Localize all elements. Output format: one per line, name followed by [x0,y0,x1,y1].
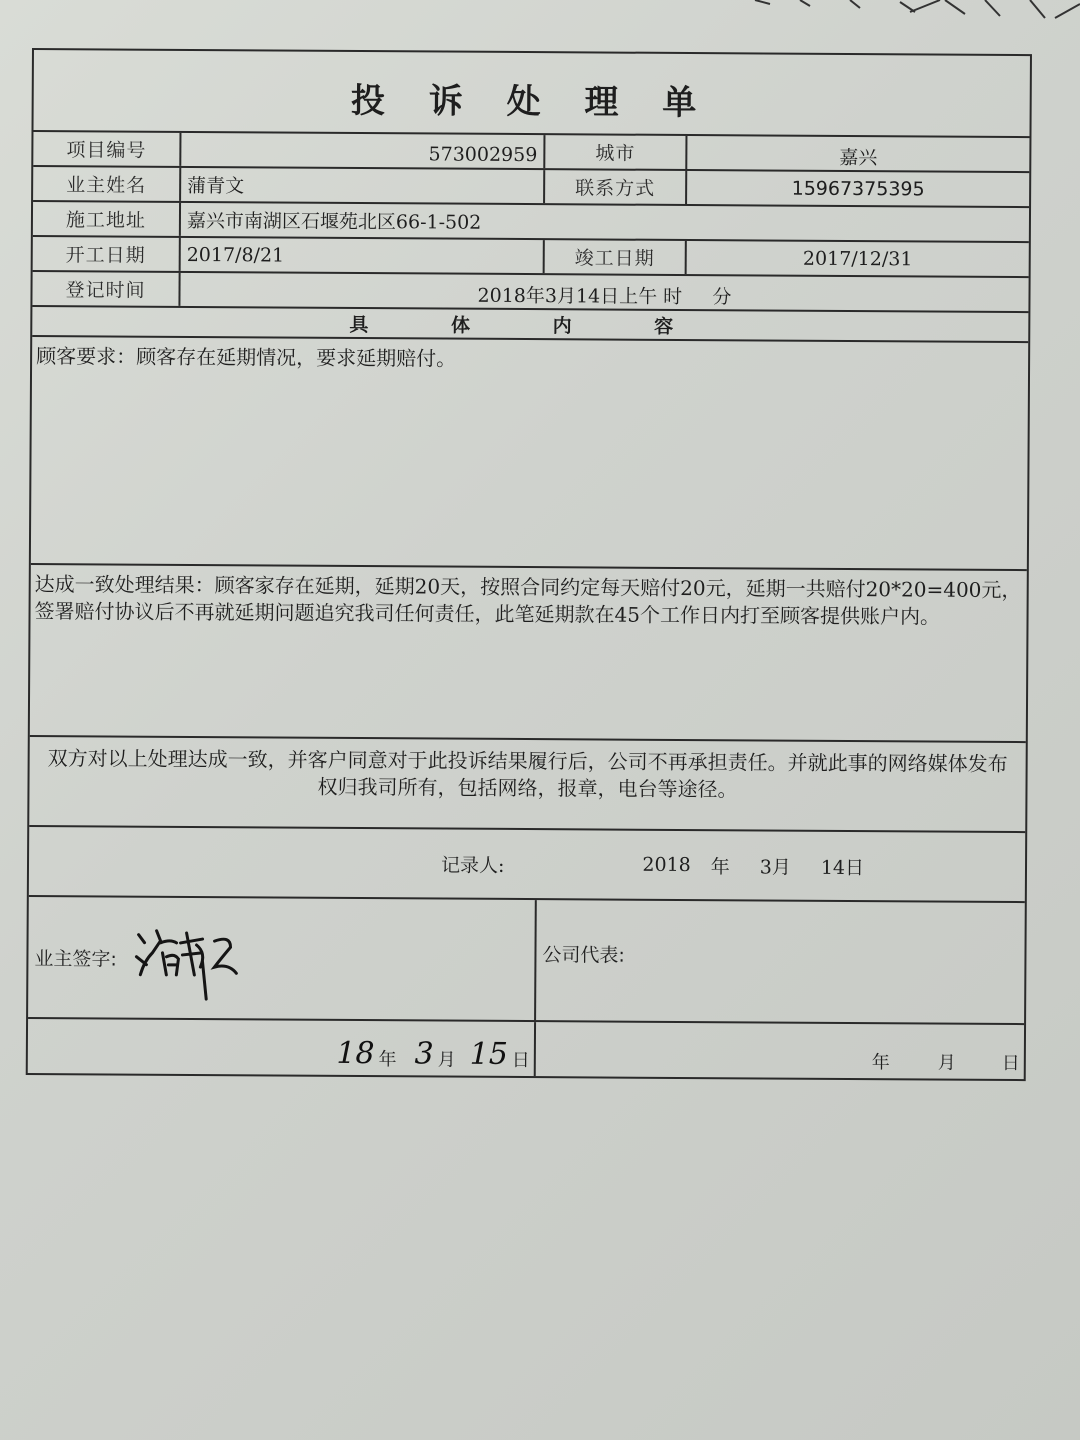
contact-label: 联系方式 [545,170,687,204]
company-rep-cell: 公司代表: [536,900,1025,1023]
owner-sign-year-unit: 年 [378,1045,396,1071]
end-date-value: 2017/12/31 [687,241,1029,276]
recorder-year: 2018 [642,854,690,876]
owner-sign-date: 18 年 3 月 15 日 [28,1019,536,1076]
recorder-label: 记录人: [441,850,505,877]
owner-name-label: 业主姓名 [33,167,181,201]
agreement-block: 双方对以上处理达成一致，并客户同意对于此投诉结果履行后，公司不再承担责任。并就此… [29,737,1026,833]
register-time-label: 登记时间 [32,272,180,306]
resolution-block: 达成一致处理结果：顾客家存在延期，延期20天，按照合同约定每天赔付20元，延期一… [30,565,1027,743]
signature-date-row: 18 年 3 月 15 日 年 月 日 [28,1019,1024,1079]
agreement-text: 双方对以上处理达成一致，并客户同意对于此投诉结果履行后，公司不再承担责任。并就此… [48,746,1008,801]
owner-name-value: 蒲青文 [181,168,545,203]
owner-sign-month: 3 [414,1036,433,1071]
form-title-row: 投 诉 处 理 单 [33,50,1029,138]
content-section-title: 具 体 内 容 [349,309,711,338]
owner-sign-day: 15 [470,1037,508,1072]
customer-request-block: 顾客要求：顾客存在延期情况，要求延期赔付。 [31,337,1028,571]
company-sign-month-unit: 月 [938,1049,956,1075]
project-no-label: 项目编号 [33,132,181,166]
city-label: 城市 [545,135,687,169]
owner-signature-label: 业主签字: [34,944,117,972]
company-sign-day-unit: 日 [1002,1049,1020,1075]
form-title: 投 诉 处 理 单 [351,62,713,123]
signature-row: 业主签字: 公司代表: [28,897,1025,1025]
owner-signature-handwriting [131,913,252,1004]
recorder-row: 记录人: 2018 年 3月 14日 [29,827,1025,903]
background-pen-marks [700,0,1080,24]
row-owner-name: 业主姓名 蒲青文 联系方式 15967375395 [33,167,1029,208]
address-label: 施工地址 [33,202,181,236]
resolution-text: 达成一致处理结果：顾客家存在延期，延期20天，按照合同约定每天赔付20元，延期一… [34,572,1021,629]
recorder-day: 14日 [821,852,864,879]
recorder-year-unit: 年 [711,852,730,879]
city-value: 嘉兴 [687,136,1029,171]
owner-sign-month-unit: 月 [438,1045,456,1071]
complaint-form: 投 诉 处 理 单 项目编号 573002959 城市 嘉兴 业主姓名 蒲青文 … [26,48,1032,1081]
register-time-value: 2018年3月14日上午 时 分 [180,273,1028,311]
owner-sign-year: 18 [336,1036,374,1071]
recorder-month: 3月 [760,852,791,879]
project-no-value: 573002959 [181,133,545,168]
address-value: 嘉兴市南湖区石堰苑北区66-1-502 [181,203,1029,241]
company-sign-date: 年 月 日 [536,1022,1024,1079]
company-rep-label: 公司代表: [542,940,625,968]
owner-sign-day-unit: 日 [512,1046,530,1072]
start-date-label: 开工日期 [33,237,181,271]
start-date-value: 2017/8/21 [181,238,545,273]
end-date-label: 竣工日期 [545,240,687,274]
owner-signature-cell: 业主签字: [28,897,537,1020]
company-sign-year-unit: 年 [872,1048,890,1074]
customer-request-text: 顾客要求：顾客存在延期情况，要求延期赔付。 [36,344,456,371]
contact-value: 15967375395 [687,171,1029,206]
complaint-form-sheet: 投 诉 处 理 单 项目编号 573002959 城市 嘉兴 业主姓名 蒲青文 … [26,48,1032,1090]
row-project-no: 项目编号 573002959 城市 嘉兴 [33,132,1029,173]
